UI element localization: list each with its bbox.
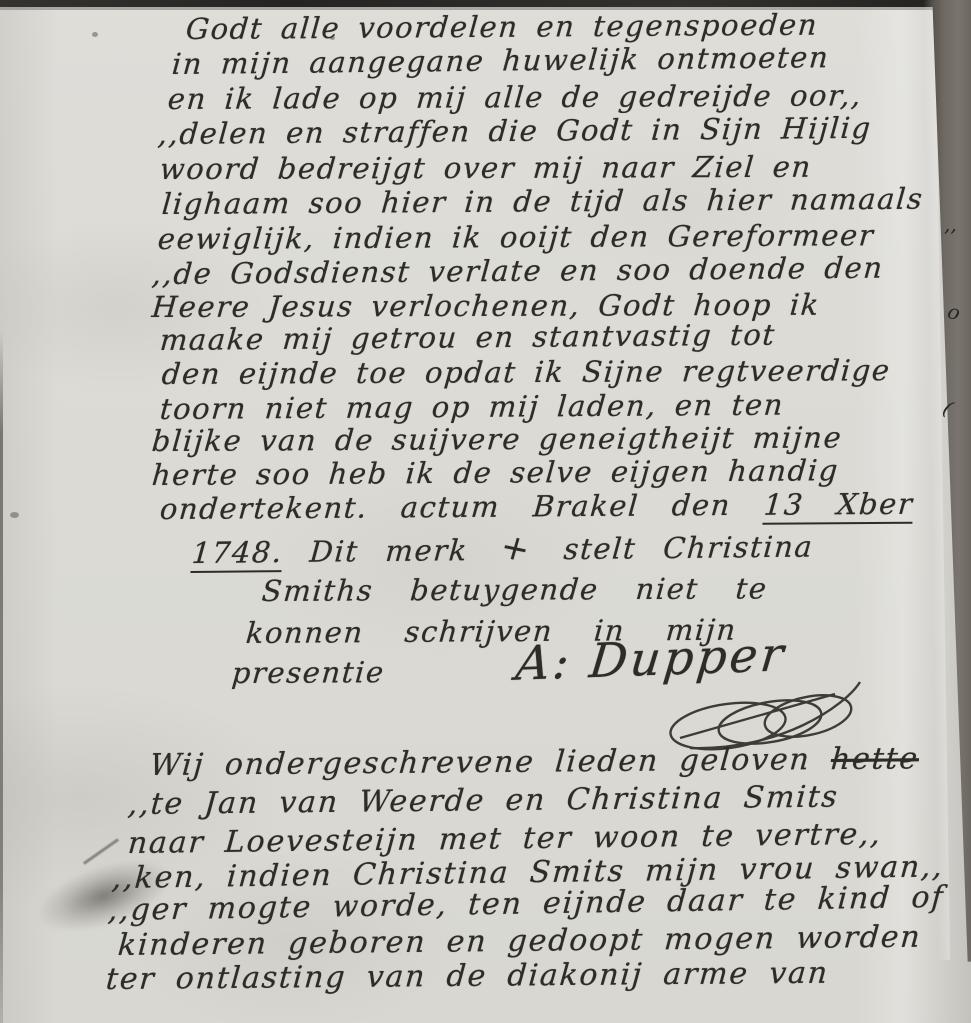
scan-top-edge xyxy=(0,0,971,7)
manuscript-markline: 1748. Dit merk + stelt Christina xyxy=(190,525,815,572)
body2-intro-text: Wij ondergeschrevene lieden geloven xyxy=(149,742,833,783)
manuscript-line: lighaam soo hier in de tijd als hier nam… xyxy=(161,182,925,221)
markline-text: Dit merk xyxy=(308,533,469,569)
manuscript-dateline: ondertekent. actum Brakel den 13 Xber xyxy=(159,487,915,526)
paper-speck xyxy=(10,512,19,518)
manuscript-line: maake mij getrou en stantvastig tot xyxy=(159,318,778,357)
manuscript-line: ter ontlasting van de diakonij arme van xyxy=(105,956,831,997)
manuscript-line: eewiglijk, indien ik ooijt den Gereforme… xyxy=(157,218,876,256)
date-underlined: 13 Xber xyxy=(762,487,915,525)
christina-mark-cross: + xyxy=(490,525,542,573)
presentie-label: presentie xyxy=(231,655,387,690)
dateline-prefix: ondertekent. actum xyxy=(159,490,502,526)
stray-ink-mark: ,, xyxy=(944,212,957,236)
witness-line: Smiths betuygende niet te xyxy=(261,571,769,608)
manuscript-line: blijke van de suijvere geneigtheijt mijn… xyxy=(151,420,844,458)
manuscript-line: herte soo heb ik de selve eijgen handig xyxy=(151,453,841,492)
manuscript-line: den eijnde toe opdat ik Sijne regtveerdi… xyxy=(161,353,893,391)
manuscript-line: ,,de Godsdienst verlate en soo doende de… xyxy=(151,251,885,291)
markline-text2: stelt Christina xyxy=(562,529,814,566)
manuscript-line: ,,delen en straffen die Godt in Sijn Hij… xyxy=(157,111,873,151)
manuscript-line: ,,te Jan van Weerde en Christina Smits xyxy=(127,780,840,822)
manuscript-line: in mijn aangegane huwelijk ontmoeten xyxy=(171,40,831,81)
manuscript-line: en ik lade op mij alle de gedreijde oor,… xyxy=(167,78,864,116)
year-underlined: 1748. xyxy=(190,535,284,573)
dateline-place: Brakel den xyxy=(532,488,733,523)
manuscript-line: woord bedreijgt over mij naar Ziel en xyxy=(159,150,814,186)
paper-speck xyxy=(92,32,98,37)
scan-left-edge xyxy=(0,330,3,1023)
manuscript-line: Wij ondergeschrevene lieden geloven hett… xyxy=(149,741,921,783)
struck-word: hette xyxy=(830,741,921,777)
